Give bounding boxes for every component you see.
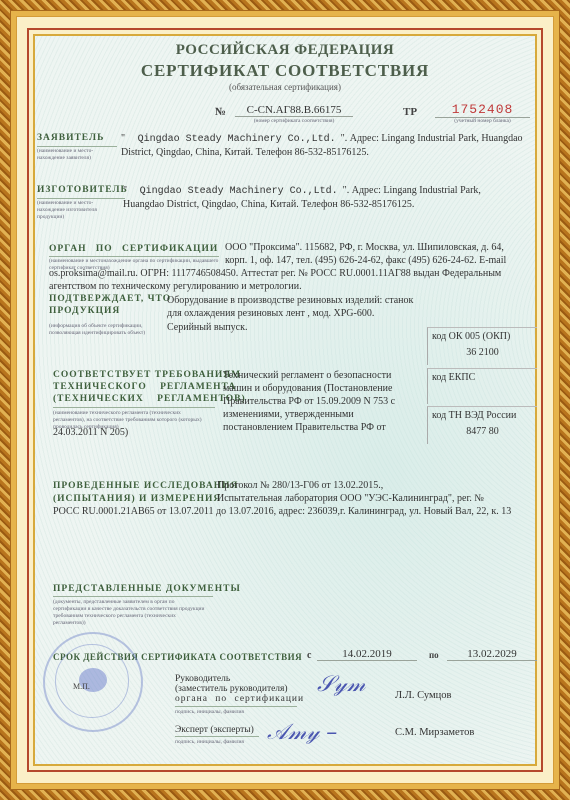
regulation-line1: Технический регламент о безопасности — [223, 369, 423, 382]
cert-body-heading: ОРГАН ПО СЕРТИФИКАЦИИ — [49, 243, 218, 255]
tests-line3: РОСС RU.0001.21АВ65 от 13.07.2011 до 13.… — [53, 505, 539, 518]
certificate-title: СЕРТИФИКАТ СООТВЕТСТВИЯ — [35, 61, 535, 81]
manufacturer-heading: ИЗГОТОВИТЕЛЬ — [37, 184, 128, 196]
tests-line2: Испытательная лаборатория ООО "УЭС-Калин… — [217, 492, 537, 505]
documents-note: (документы, представленные заявителем в … — [53, 599, 208, 627]
divider — [37, 146, 117, 147]
certificate-number: С-CN.АГ88.В.66175 — [235, 104, 353, 117]
divider — [53, 407, 215, 408]
official-stamp: М.П. — [43, 632, 143, 732]
certificate-number-caption: (номер сертификата соответствия) — [235, 118, 353, 124]
tnved-code-value: 8477 80 — [428, 426, 537, 437]
divider — [49, 256, 219, 257]
regulation-heading-3: (ТЕХНИЧЕСКИХ РЕГЛАМЕНТОВ) — [53, 393, 246, 405]
manufacturer-text: " Qingdao Steady Machinery Co.,Ltd. ". А… — [123, 184, 533, 211]
okp-code-box: код ОК 005 (ОКП) 36 2100 — [427, 327, 537, 365]
regulation-heading-2: ТЕХНИЧЕСКОГО РЕГЛАМЕНТА — [53, 381, 236, 393]
tr-label: ТР — [403, 106, 417, 118]
validity-from-date: 14.02.2019 — [317, 648, 417, 661]
okp-code-value: 36 2100 — [428, 347, 537, 358]
documents-heading: ПРЕДСТАВЛЕННЫЕ ДОКУМЕНТЫ — [53, 583, 241, 595]
applicant-address-line2: District, Qingdao, China, Китай. Телефон… — [121, 147, 369, 158]
stamp-label: М.П. — [73, 682, 90, 691]
applicant-company: Qingdao Steady Machinery Co.,Ltd. — [138, 134, 336, 145]
divider — [175, 736, 259, 737]
manufacturer-address-line2: Huangdao District, Qingdao, China, Китай… — [123, 199, 414, 210]
divider — [53, 596, 213, 597]
cert-body-line2: корп. 1, оф. 147, тел. (495) 626-24-62, … — [225, 254, 535, 267]
head-name: Л.Л. Сумцов — [395, 689, 451, 702]
product-line2: для охлаждения резиновых лент , мод. XPG… — [167, 307, 457, 320]
product-line3: Серийный выпуск. — [167, 321, 457, 334]
regulation-heading-1: СООТВЕТСТВУЕТ ТРЕБОВАНИЯМ — [53, 369, 241, 381]
regulation-line4: изменениями, утвержденными — [223, 408, 423, 421]
blank-number-caption: (учетный номер бланка) — [435, 118, 530, 124]
cert-body-line3: os.proksima@mail.ru. ОГРН: 1117746508450… — [49, 267, 539, 280]
manufacturer-company: Qingdao Steady Machinery Co.,Ltd. — [140, 186, 338, 197]
regulation-line2: машин и оборудования (Постановление — [223, 382, 423, 395]
product-note: (информация об объекте сертификации, поз… — [49, 323, 167, 337]
divider — [37, 198, 125, 199]
expert-signature: 𝒜𝓂𝓎 – — [267, 720, 337, 745]
certificate-subtitle: (обязательная сертификация) — [35, 82, 535, 92]
regulation-line3: Правительства РФ от 15.09.2009 N 753 с — [223, 395, 423, 408]
applicant-address-line1: ". Адрес: Lingang Industrial Park, Huang… — [341, 133, 523, 144]
applicant-text: " Qingdao Steady Machinery Co.,Ltd. ". А… — [121, 132, 533, 159]
tests-line1: Протокол № 280/13-Г06 от 13.02.2015., — [217, 479, 537, 492]
tnved-code-box: код ТН ВЭД России 8477 80 — [427, 406, 537, 444]
tnved-code-label: код ТН ВЭД России — [428, 407, 537, 421]
validity-to-date: 13.02.2029 — [447, 648, 537, 661]
expert-signature-note: подпись, инициалы, фамилия — [175, 739, 244, 746]
regulation-line5: постановлением Правительства РФ от — [223, 421, 423, 434]
regulation-line6: 24.03.2011 N 205) — [53, 426, 128, 439]
product-heading-1: ПОДТВЕРЖДАЕТ, ЧТО — [49, 293, 171, 305]
head-title-line3: органа по сертификации — [175, 694, 304, 704]
ekps-code-label: код ЕКПС — [428, 369, 537, 383]
number-sign: № — [215, 106, 226, 118]
country-title: РОССИЙСКАЯ ФЕДЕРАЦИЯ — [35, 42, 535, 59]
manufacturer-address-line1: ". Адрес: Lingang Industrial Park, — [343, 185, 481, 196]
certificate-document: РОССИЙСКАЯ ФЕДЕРАЦИЯ СЕРТИФИКАТ СООТВЕТС… — [33, 34, 537, 766]
manufacturer-note: (наименование и место-нахождение изготов… — [37, 200, 117, 221]
applicant-heading: ЗАЯВИТЕЛЬ — [37, 132, 104, 144]
head-signature: 𝒮𝓎𝓂 — [317, 672, 366, 697]
validity-to-label: по — [429, 650, 439, 660]
product-line1: Оборудование в производстве резиновых из… — [167, 294, 457, 307]
tests-heading-1: ПРОВЕДЕННЫЕ ИССЛЕДОВАНИЯ — [53, 480, 238, 492]
head-title-line2: (заместитель руководителя) — [175, 684, 288, 694]
blank-number: 1752408 — [435, 102, 530, 118]
cert-body-line1: ООО "Проксима". 115682, РФ, г. Москва, у… — [225, 241, 535, 254]
tests-heading-2: (ИСПЫТАНИЯ) И ИЗМЕРЕНИЯ — [53, 493, 221, 505]
validity-from-label: с — [307, 650, 311, 661]
applicant-note: (наименование и место-нахождение заявите… — [37, 148, 119, 162]
okp-code-label: код ОК 005 (ОКП) — [428, 328, 537, 342]
product-heading-2: ПРОДУКЦИЯ — [49, 305, 120, 317]
head-signature-note: подпись, инициалы, фамилия — [175, 709, 244, 716]
expert-name: С.М. Мирзаметов — [395, 726, 474, 739]
ekps-code-box: код ЕКПС — [427, 368, 537, 404]
divider — [175, 706, 297, 707]
cert-body-line4: агентством по техническому регулированию… — [49, 280, 539, 293]
number-row: № С-CN.АГ88.В.66175 (номер сертификата с… — [35, 102, 535, 124]
head-title-line1: Руководитель — [175, 674, 230, 684]
